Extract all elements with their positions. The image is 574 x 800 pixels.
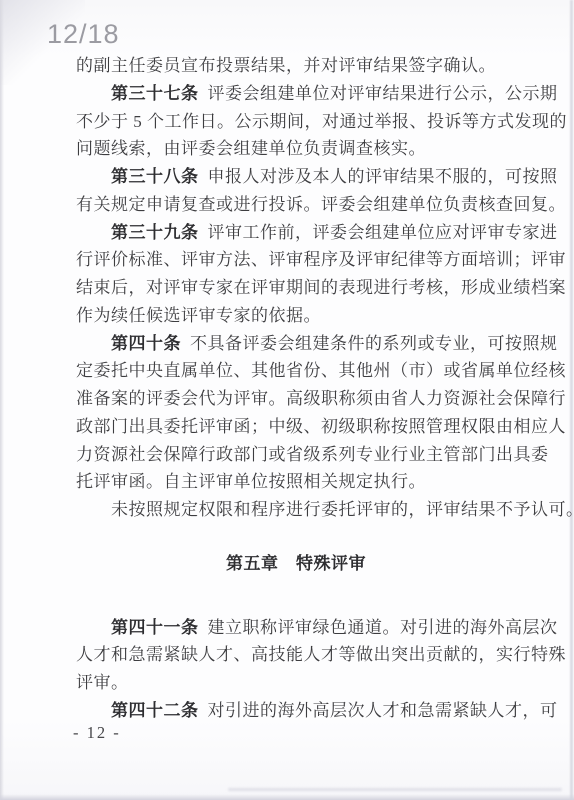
text-line: 作为续任候选评审专家的依据。 <box>76 302 516 330</box>
line-text: 问题线索，由评委会组建单位负责调查核实。 <box>76 139 426 158</box>
line-text: 评审。 <box>76 673 129 692</box>
page-number-footer: - 12 - <box>73 723 121 743</box>
page-right-edge <box>570 0 573 800</box>
text-line: 有关规定申请复查或进行投诉。评委会组建单位负责核查回复。 <box>76 191 516 219</box>
text-line: 政部门出具委托评审函；中级、初级职称按照管理权限由相应人 <box>76 413 516 441</box>
line-text: 定委托中央直属单位、其他省份、其他州（市）或省属单位经核 <box>76 361 566 380</box>
line-text: 行评价标准、评审方法、评审程序及评审纪律等方面培训；评审 <box>76 250 566 269</box>
page-bottom-shadow <box>228 788 562 791</box>
article-number: 第三十九条 <box>111 223 199 242</box>
line-text: 建立职称评审绿色通道。对引进的海外高层次 <box>208 618 558 637</box>
line-text: 人才和急需紧缺人才、高技能人才等做出突出贡献的，实行特殊 <box>76 645 566 664</box>
line-text: 不具备评委会组建条件的系列或专业，可按照规 <box>190 334 558 353</box>
text-line: 第四十二条对引进的海外高层次人才和急需紧缺人才，可 <box>76 697 516 725</box>
line-text: 评委会组建单位对评审结果进行公示，公示期 <box>208 84 558 103</box>
text-line: 托评审函。自主评审单位按照相关规定执行。 <box>76 468 516 496</box>
text-line: 不少于 5 个工作日。公示期间，对通过举报、投诉等方式发现的 <box>76 108 516 136</box>
text-line: 第三十九条评审工作前，评委会组建单位应对评审专家进 <box>76 219 516 247</box>
text-line: 问题线索，由评委会组建单位负责调查核实。 <box>76 135 516 163</box>
line-text: 力资源社会保障行政部门或省级系列专业行业主管部门出具委 <box>76 445 549 464</box>
article-number: 第四十二条 <box>111 701 199 720</box>
text-line: 评审。 <box>76 669 516 697</box>
article-number: 第四十一条 <box>111 618 199 637</box>
line-text: 结束后，对评审专家在评审期间的表现进行考核，形成业绩档案 <box>76 278 566 297</box>
line-text: 不少于 5 个工作日。公示期间，对通过举报、投诉等方式发现的 <box>76 112 567 131</box>
line-text: 作为续任候选评审专家的依据。 <box>76 306 321 325</box>
text-line: 准备案的评委会代为评审。高级职称须由省人力资源社会保障行 <box>76 385 516 413</box>
text-line: 第四十一条建立职称评审绿色通道。对引进的海外高层次 <box>76 614 516 642</box>
text-line: 第四十条不具备评委会组建条件的系列或专业，可按照规 <box>76 330 516 358</box>
line-text: 准备案的评委会代为评审。高级职称须由省人力资源社会保障行 <box>76 389 566 408</box>
line-text: 的副主任委员宣布投票结果，并对评审结果签字确认。 <box>76 56 496 75</box>
line-text: 申报人对涉及本人的评审结果不服的，可按照 <box>208 167 558 186</box>
text-line: 人才和急需紧缺人才、高技能人才等做出突出贡献的，实行特殊 <box>76 641 516 669</box>
line-text: 未按照规定权限和程序进行委托评审的，评审结果不予认可。 <box>111 500 574 519</box>
text-line: 第三十八条申报人对涉及本人的评审结果不服的，可按照 <box>76 163 516 191</box>
page-left-edge <box>0 0 4 800</box>
text-line: 第五章 特殊评审 <box>76 550 516 578</box>
text-line: 第三十七条评委会组建单位对评审结果进行公示，公示期 <box>76 80 516 108</box>
text-line: 定委托中央直属单位、其他省份、其他州（市）或省属单位经核 <box>76 357 516 385</box>
text-line: 未按照规定权限和程序进行委托评审的，评审结果不予认可。 <box>76 496 516 524</box>
line-text: 第五章 特殊评审 <box>226 554 366 573</box>
document-body: 的副主任委员宣布投票结果，并对评审结果签字确认。第三十七条评委会组建单位对评审结… <box>76 52 516 725</box>
article-number: 第四十条 <box>111 334 181 353</box>
line-text: 评审工作前，评委会组建单位应对评审专家进 <box>208 223 558 242</box>
page-indicator: 12/18 <box>47 19 120 50</box>
text-line: 结束后，对评审专家在评审期间的表现进行考核，形成业绩档案 <box>76 274 516 302</box>
document-viewer-page[interactable]: 12/18 的副主任委员宣布投票结果，并对评审结果签字确认。第三十七条评委会组建… <box>0 0 574 800</box>
line-text: 政部门出具委托评审函；中级、初级职称按照管理权限由相应人 <box>76 417 566 436</box>
line-text: 托评审函。自主评审单位按照相关规定执行。 <box>76 472 426 491</box>
page-bottom-edge <box>0 794 574 800</box>
article-number: 第三十七条 <box>111 84 199 103</box>
text-line: 力资源社会保障行政部门或省级系列专业行业主管部门出具委 <box>76 441 516 469</box>
line-text: 对引进的海外高层次人才和急需紧缺人才，可 <box>208 701 558 720</box>
text-line: 行评价标准、评审方法、评审程序及评审纪律等方面培训；评审 <box>76 246 516 274</box>
line-text: 有关规定申请复查或进行投诉。评委会组建单位负责核查回复。 <box>76 195 566 214</box>
text-line: 的副主任委员宣布投票结果，并对评审结果签字确认。 <box>76 52 516 80</box>
article-number: 第三十八条 <box>111 167 199 186</box>
